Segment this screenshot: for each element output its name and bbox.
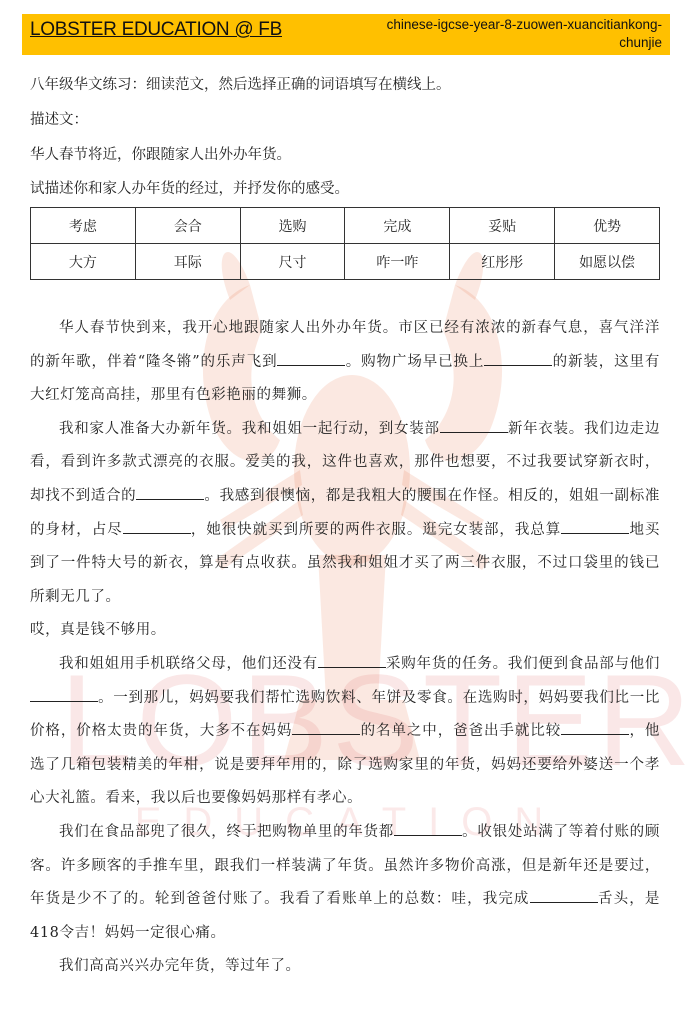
text-segment: 采购年货的任务。我们便到食品部与他们 — [386, 656, 660, 672]
fill-blank-11[interactable] — [394, 821, 462, 836]
text-segment: ，她很快就买到所要的两件衣服。逛完女装部，我总算 — [191, 522, 562, 538]
slug-line-2: chunjie — [332, 34, 662, 52]
paragraph-5: 我们高高兴兴办完年货，等过年了。 — [30, 950, 660, 984]
fill-blank-10[interactable] — [561, 720, 629, 735]
prompt-line-1: 华人春节将近，你跟随家人出外办年货。 — [30, 143, 291, 164]
paragraph-1: 华人春节快到来，我开心地跟随家人出外办年货。市区已经有浓浓的新春气息，喜气洋洋的… — [30, 312, 660, 413]
word-bank-cell: 尺寸 — [240, 244, 345, 280]
fill-blank-1[interactable] — [277, 351, 345, 366]
paragraph-3: 我和姐姐用手机联络父母，他们还没有采购年货的任务。我们便到食品部与他们。一到那儿… — [30, 648, 660, 816]
essay-passage: 华人春节快到来，我开心地跟随家人出外办年货。市区已经有浓浓的新春气息，喜气洋洋的… — [30, 312, 660, 984]
fill-blank-12[interactable] — [530, 888, 598, 903]
brand-title: LOBSTER EDUCATION @ FB — [30, 19, 282, 41]
text-segment: 的名单之中，爸爸出手就比较 — [360, 723, 561, 739]
fill-blank-7[interactable] — [318, 653, 386, 668]
document-slug: chinese-igcse-year-8-zuowen-xuancitianko… — [332, 16, 662, 52]
fill-blank-4[interactable] — [136, 485, 204, 500]
word-bank-cell: 妥贴 — [450, 208, 555, 244]
word-bank-cell: 优势 — [555, 208, 660, 244]
fill-blank-8[interactable] — [30, 687, 98, 702]
header-banner: LOBSTER EDUCATION @ FB chinese-igcse-yea… — [22, 14, 670, 55]
fill-blank-2[interactable] — [484, 351, 552, 366]
word-bank-cell: 红彤彤 — [450, 244, 555, 280]
paragraph-4: 我们在食品部兜了很久，终于把购物单里的年货都。收银处站满了等着付账的顾客。许多顾… — [30, 816, 660, 950]
text-segment: 。购物广场早已换上 — [345, 354, 484, 370]
fill-blank-6[interactable] — [561, 519, 629, 534]
text-segment: 我们在食品部兜了很久，终于把购物单里的年货都 — [59, 824, 394, 840]
word-bank-row: 大方 耳际 尺寸 咋一咋 红彤彤 如愿以偿 — [31, 244, 660, 280]
fill-blank-5[interactable] — [123, 519, 191, 534]
genre-label: 描述文： — [30, 108, 88, 129]
paragraph-2-end: 哎，真是钱不够用。 — [30, 614, 660, 648]
paragraph-2: 我和家人准备大办新年货。我和姐姐一起行动，到女装部新年衣装。我们边走边看，看到许… — [30, 413, 660, 615]
fill-blank-9[interactable] — [292, 720, 360, 735]
word-bank-cell: 如愿以偿 — [555, 244, 660, 280]
text-segment: 我和姐姐用手机联络父母，他们还没有 — [59, 656, 318, 672]
word-bank-cell: 耳际 — [135, 244, 240, 280]
word-bank-table: 考虑 会合 选购 完成 妥贴 优势 大方 耳际 尺寸 咋一咋 红彤彤 如愿以偿 — [30, 207, 660, 280]
word-bank-cell: 考虑 — [31, 208, 136, 244]
word-bank-cell: 选购 — [240, 208, 345, 244]
fill-blank-3[interactable] — [440, 418, 508, 433]
word-bank-cell: 大方 — [31, 244, 136, 280]
prompt-line-2: 试描述你和家人办年货的经过，并抒发你的感受。 — [30, 177, 349, 198]
word-bank-cell: 咋一咋 — [345, 244, 450, 280]
word-bank-cell: 完成 — [345, 208, 450, 244]
text-segment: 我和家人准备大办新年货。我和姐姐一起行动，到女装部 — [59, 421, 440, 437]
slug-line-1: chinese-igcse-year-8-zuowen-xuancitianko… — [332, 16, 662, 34]
word-bank-row: 考虑 会合 选购 完成 妥贴 优势 — [31, 208, 660, 244]
word-bank-cell: 会合 — [135, 208, 240, 244]
exercise-instruction: 八年级华文练习：细读范文，然后选择正确的词语填写在横线上。 — [30, 73, 451, 94]
